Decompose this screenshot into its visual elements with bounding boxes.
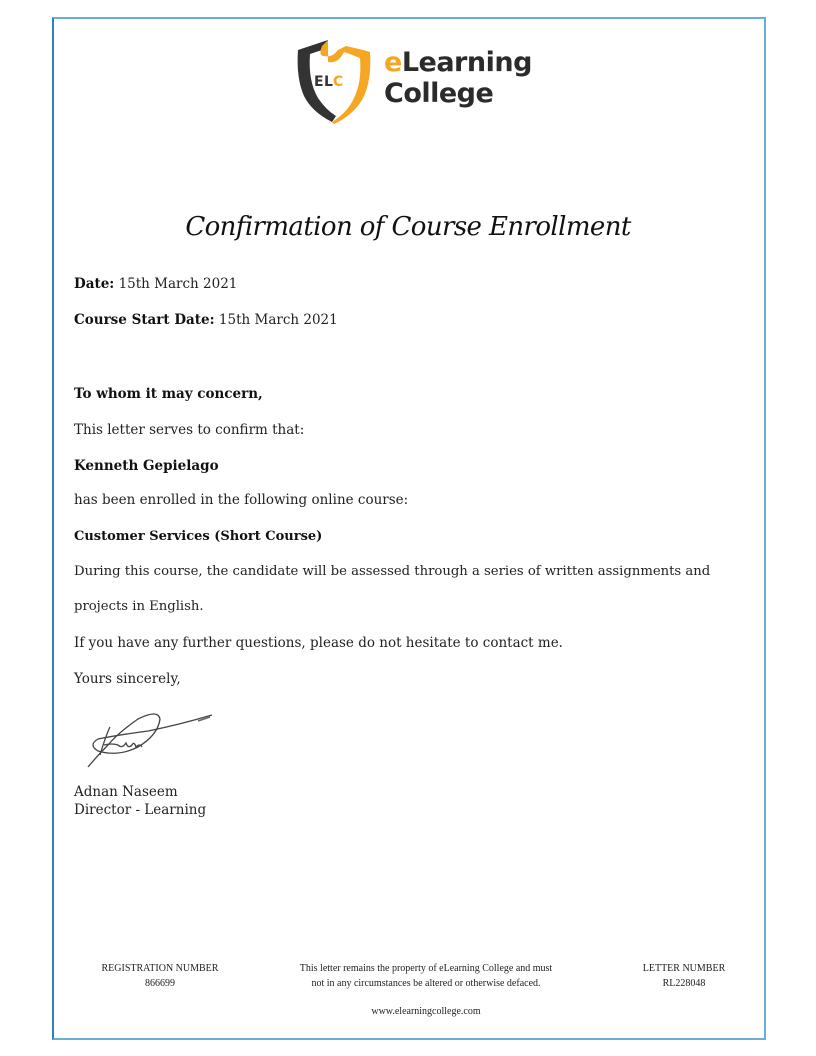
registration-label: REGISTRATION NUMBER bbox=[80, 961, 240, 976]
svg-text:C: C bbox=[333, 74, 343, 90]
registration-value: 866699 bbox=[80, 976, 240, 991]
assessment-line-1: During this course, the candidate will b… bbox=[74, 564, 710, 579]
course-name: Customer Services (Short Course) bbox=[74, 529, 322, 544]
college-name-accent: e bbox=[384, 47, 402, 78]
website-link[interactable]: www.elearningcollege.com bbox=[276, 1004, 576, 1019]
salutation: To whom it may concern, bbox=[74, 386, 263, 402]
start-date-label: Course Start Date: bbox=[74, 312, 215, 328]
notice-line-1: This letter remains the property of eLea… bbox=[276, 961, 576, 976]
start-date-row: Course Start Date: 15th March 2021 bbox=[74, 312, 338, 328]
letter-number-block: LETTER NUMBER RL228048 bbox=[604, 961, 764, 991]
date-label: Date: bbox=[74, 276, 114, 292]
letter-number-value: RL228048 bbox=[604, 976, 764, 991]
college-name: eLearning College bbox=[384, 47, 532, 109]
date-value: 15th March 2021 bbox=[119, 276, 238, 292]
questions-line: If you have any further questions, pleas… bbox=[74, 635, 563, 651]
student-name: Kenneth Gepielago bbox=[74, 458, 219, 474]
signatory-role: Director - Learning bbox=[74, 802, 206, 818]
college-name-line2: College bbox=[384, 78, 532, 109]
svg-text:E: E bbox=[314, 74, 324, 90]
signature-icon bbox=[78, 705, 218, 777]
confirm-line: This letter serves to confirm that: bbox=[74, 422, 304, 438]
page-title: Confirmation of Course Enrollment bbox=[0, 212, 816, 242]
letter-number-label: LETTER NUMBER bbox=[604, 961, 764, 976]
assessment-line-2: projects in English. bbox=[74, 599, 204, 614]
closing: Yours sincerely, bbox=[74, 671, 181, 687]
start-date-value: 15th March 2021 bbox=[219, 312, 338, 328]
ownership-notice: This letter remains the property of eLea… bbox=[276, 961, 576, 991]
svg-text:L: L bbox=[324, 74, 333, 90]
registration-block: REGISTRATION NUMBER 866699 bbox=[80, 961, 240, 991]
date-row: Date: 15th March 2021 bbox=[74, 276, 237, 292]
enrolled-line: has been enrolled in the following onlin… bbox=[74, 492, 408, 508]
signatory-name: Adnan Naseem bbox=[74, 784, 178, 800]
notice-line-2: not in any circumstances be altered or o… bbox=[276, 976, 576, 991]
college-name-line1: Learning bbox=[402, 47, 532, 78]
